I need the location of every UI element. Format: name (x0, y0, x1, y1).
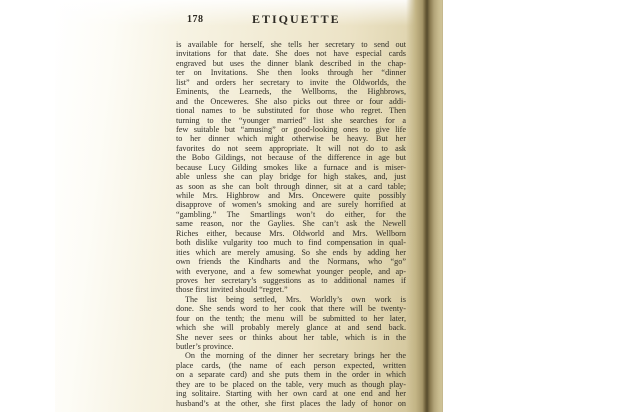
text-line: the Bobo Gildings, not because of the di… (176, 153, 406, 162)
gutter-shadow (406, 0, 443, 412)
text-line: butler’s province. (176, 342, 406, 351)
text-line: proves her secretary’s suggestions as to… (176, 276, 406, 285)
text-line: She never sees or thinks about her table… (176, 333, 406, 342)
text-line: list” and orders her secretary to invite… (176, 78, 406, 87)
text-line: few suitable but “amusing” or good-looki… (176, 125, 406, 134)
book-page: 178 ETIQUETTE is available for herself, … (55, 0, 443, 412)
text-line: is available for herself, she tells her … (176, 40, 406, 49)
text-line: they are to be placed on the table, very… (176, 380, 406, 389)
text-line: and the Onceweres. She also picks out th… (176, 97, 406, 106)
text-line: on a separate card) and she puts them in… (176, 370, 406, 379)
text-line: ing solitaire. Starting with her own car… (176, 389, 406, 398)
running-title: ETIQUETTE (252, 12, 341, 27)
text-line: those first invited should “regret.” (176, 285, 406, 294)
text-line: own friends the Kindharts and the Norman… (176, 257, 406, 266)
page-number: 178 (187, 14, 204, 25)
text-line: while Mrs. Highbrow and Mrs. Oncewere qu… (176, 191, 406, 200)
paragraph: The list being settled, Mrs. Worldly’s o… (176, 295, 406, 352)
text-line: husband’s at the other, she first places… (176, 399, 406, 408)
text-line: invitations for that date. She does not … (176, 49, 406, 58)
text-line: Eminents, the Learneds, the Wellborns, t… (176, 87, 406, 96)
text-line: disapprove of women’s smoking and are su… (176, 200, 406, 209)
text-line: ities which are merely amusing. So she e… (176, 248, 406, 257)
text-line: ter on Invitations. She then looks throu… (176, 68, 406, 77)
text-line: able unless she can play bridge for high… (176, 172, 406, 181)
body-text: is available for herself, she tells her … (176, 40, 406, 408)
text-line: On the morning of the dinner her secreta… (176, 351, 406, 360)
text-line: because Lucy Gilding smokes like a furna… (176, 163, 406, 172)
text-line: turning to the “younger married” list sh… (176, 116, 406, 125)
text-line: same reason, nor the Gaylies. She can’t … (176, 219, 406, 228)
text-line: engraved but uses the dinner blank descr… (176, 59, 406, 68)
text-line: done. She sends word to her cook that th… (176, 304, 406, 313)
text-line: “gambling.” The Smartlings won’t do eith… (176, 210, 406, 219)
text-line: to her dinner which might otherwise be h… (176, 134, 406, 143)
text-line: tional names to be substituted for those… (176, 106, 406, 115)
text-line: The list being settled, Mrs. Worldly’s o… (176, 295, 406, 304)
text-line: favorites do not seem appropriate. It wi… (176, 144, 406, 153)
paragraph: is available for herself, she tells her … (176, 40, 406, 295)
text-line: as soon as she can bolt through dinner, … (176, 182, 406, 191)
text-line: with everyone, and a few somewhat younge… (176, 267, 406, 276)
page-header: 178 ETIQUETTE (176, 12, 406, 28)
text-line: Riches either, because Mrs. Oldworld and… (176, 229, 406, 238)
text-line: both dislike vulgarity too much to find … (176, 238, 406, 247)
text-line: which she will probably merely glance at… (176, 323, 406, 332)
text-line: place cards, (the name of each person ex… (176, 361, 406, 370)
text-line: four on the tenth; the menu will be subm… (176, 314, 406, 323)
paragraph: On the morning of the dinner her secreta… (176, 351, 406, 408)
book-photo: 178 ETIQUETTE is available for herself, … (0, 0, 618, 412)
